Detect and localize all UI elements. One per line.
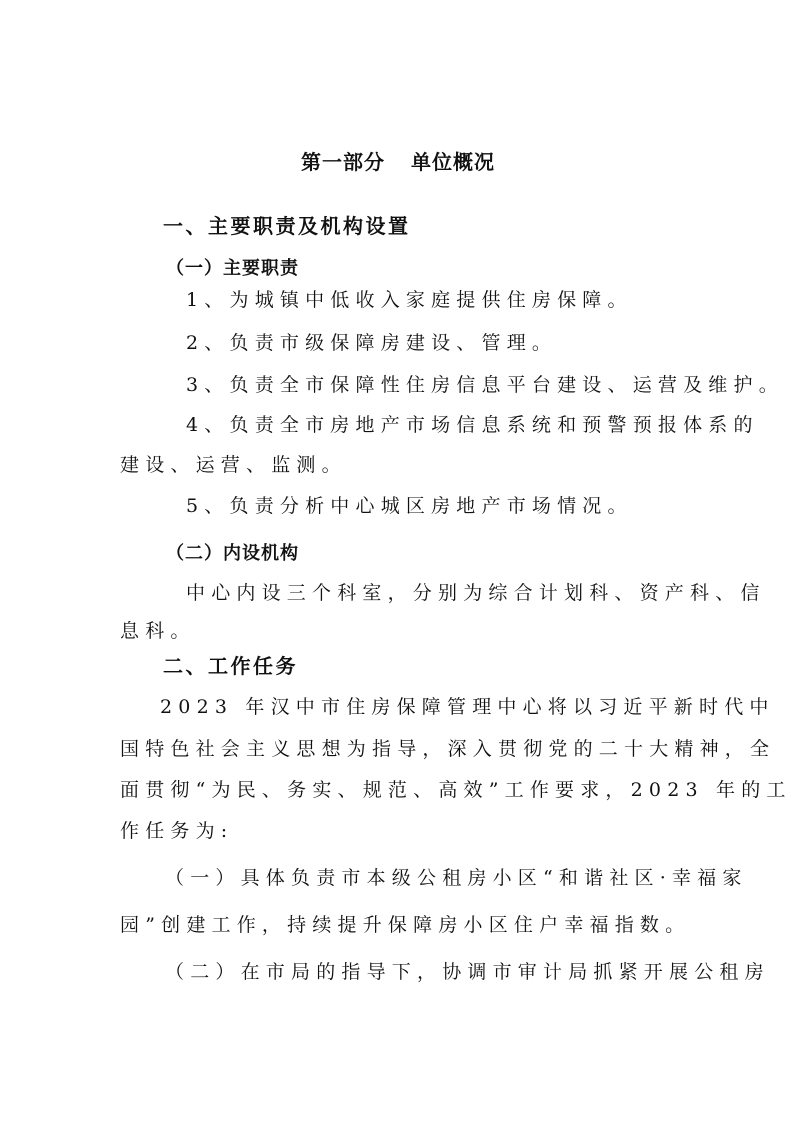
duty-item-5: 5、负责分析中心城区房地产市场情况。 <box>186 491 633 518</box>
subsection-heading-duties: （一）主要职责 <box>166 254 299 280</box>
tasks-para-line-1: 2023 年汉中市住房保障管理中心将以习近平新时代中 <box>160 692 775 719</box>
duty-item-4-cont: 建设、运营、监测。 <box>120 450 347 477</box>
duty-item-4: 4、负责全市房地产市场信息系统和预警预报体系的 <box>186 410 759 437</box>
section-heading-1: 一、主要职责及机构设置 <box>163 210 411 239</box>
duty-item-1: 1、为城镇中低收入家庭提供住房保障。 <box>186 285 633 312</box>
subsection-heading-departments: （二）内设机构 <box>166 539 299 565</box>
departments-text-1: 中心内设三个科室，分别为综合计划科、资产科、信 <box>186 578 766 605</box>
task-1-line-1: （一）具体负责市本级公租房小区“和谐社区·幸福家 <box>165 863 748 890</box>
title-part: 第一部分 <box>301 150 385 174</box>
page-title: 第一部分单位概况 <box>301 146 495 175</box>
tasks-para-line-4: 作任务为: <box>120 816 233 843</box>
duty-item-3: 3、负责全市保障性住房信息平台建设、运营及维护。 <box>186 370 784 397</box>
section-heading-2: 二、工作任务 <box>163 650 298 679</box>
task-1-line-2: 园”创建工作，持续提升保障房小区住户幸福指数。 <box>120 910 690 937</box>
departments-text-2: 息科。 <box>120 616 196 643</box>
tasks-para-line-2: 国特色社会主义思想为指导，深入贯彻党的二十大精神，全 <box>120 734 775 761</box>
title-name: 单位概况 <box>411 150 495 174</box>
tasks-para-line-3: 面贯彻“为民、务实、规范、高效”工作要求，2023 年的工 <box>120 775 792 802</box>
duty-item-2: 2、负责市级保障房建设、管理。 <box>186 328 557 355</box>
task-2-line-1: （二）在市局的指导下，协调市审计局抓紧开展公租房 <box>165 957 770 984</box>
